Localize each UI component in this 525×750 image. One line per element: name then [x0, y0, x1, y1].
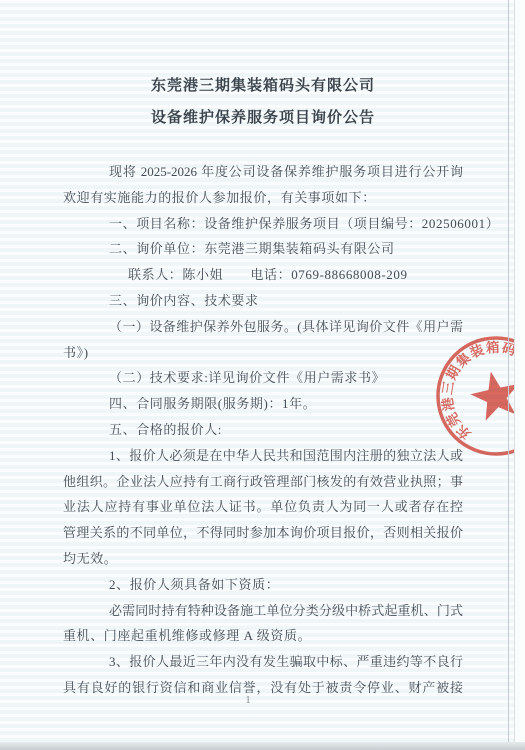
company-name-title: 东莞港三期集装箱码头有限公司: [63, 75, 463, 97]
document-body: 现将 2025-2026 年度公司设备保养维护服务项目进行公开询价，欢迎有实施能…: [63, 159, 463, 701]
scanned-document-page: 东莞港三期集装箱码头有限公司 设备维护保养服务项目询价公告 现将 2025-20…: [0, 0, 525, 750]
scan-bottom-edge: [0, 742, 525, 750]
announcement-title: 设备维护保养服务项目询价公告: [63, 107, 463, 129]
document-line: 联系人：陈小姐 电话：0769-88668008-209: [63, 262, 463, 288]
document-line: （一）设备维护保养外包服务。(具体详见询价文件《用户需求: [63, 314, 463, 340]
document-line: 2、报价人须具备如下资质：: [63, 572, 463, 598]
page-right-edge-shadow: [514, 0, 515, 750]
document-line: 欢迎有实施能力的报价人参加报价，有关事项如下：: [63, 185, 463, 211]
document-line: 三、询价内容、技术要求: [63, 288, 463, 314]
document-line: 3、报价人最近三年内没有发生骗取中标、严重违约等不良行为；: [63, 649, 463, 675]
document-header: 东莞港三期集装箱码头有限公司 设备维护保养服务项目询价公告: [63, 75, 463, 129]
document-line: 他组织。企业法人应持有工商行政管理部门核发的有效营业执照；事: [63, 469, 463, 495]
document-line: 一、项目名称：设备维护保养服务项目（项目编号：202506001）: [63, 211, 463, 237]
document-line: 五、合格的报价人:: [63, 417, 463, 443]
document-line: 书》): [63, 340, 463, 366]
document-line: 重机、门座起重机维修或修理 A 级资质。: [63, 623, 463, 649]
document-line: 具有良好的银行资信和商业信誉，没有处于被责令停业、财产被接管、: [63, 675, 463, 701]
document-line: 业法人应持有事业单位法人证书。单位负责人为同一人或者存在控股、: [63, 494, 463, 520]
document-line: 现将 2025-2026 年度公司设备保养维护服务项目进行公开询价，: [63, 159, 463, 185]
document-line: 二、询价单位：东莞港三期集装箱码头有限公司: [63, 236, 463, 262]
document-line: （二）技术要求:详见询价文件《用户需求书》: [63, 365, 463, 391]
document-line: 必需同时持有特种设备施工单位分类分级中桥式起重机、门式起: [63, 598, 463, 624]
scan-right-margin: [515, 0, 525, 750]
page-right-edge-line: [508, 0, 509, 750]
document-line: 四、合同服务期限(服务期)：1年。: [63, 391, 463, 417]
document-line: 管理关系的不同单位，不得同时参加本询价项目报价，否则相关报价: [63, 520, 463, 546]
document-line: 1、报价人必须是在中华人民共和国范围内注册的独立法人或其: [63, 443, 463, 469]
page-number: 1: [238, 694, 258, 706]
document-line: 均无效。: [63, 546, 463, 572]
